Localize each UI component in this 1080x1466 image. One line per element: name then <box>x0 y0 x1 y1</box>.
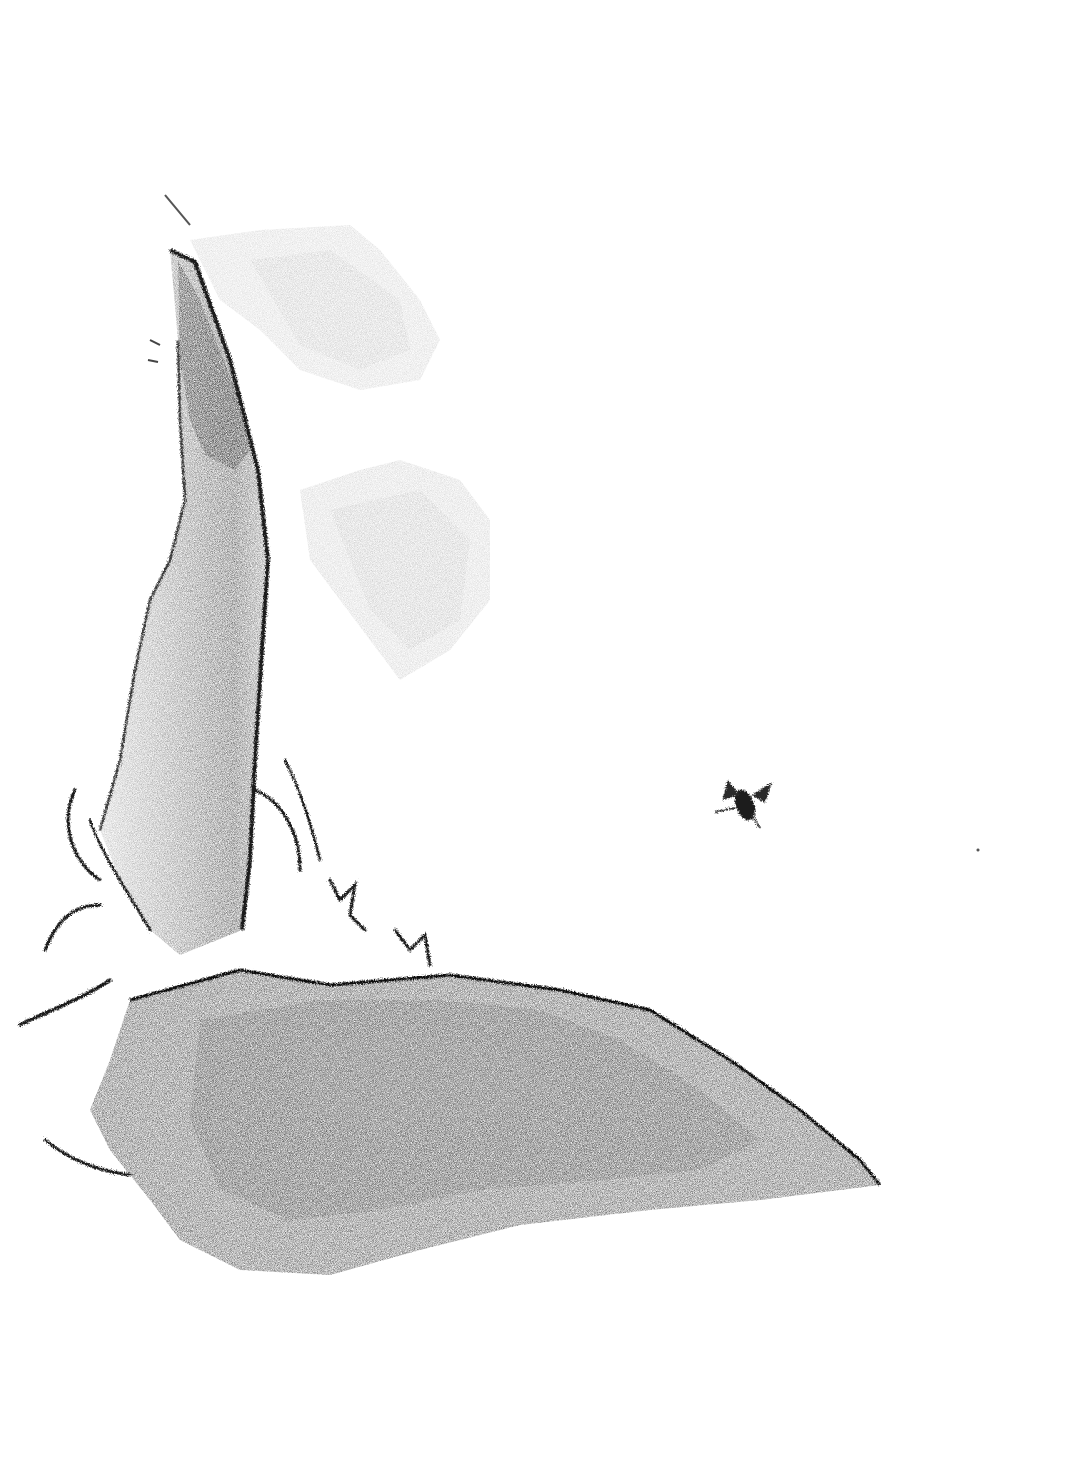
stray-dot <box>977 849 980 852</box>
sketch-canvas <box>0 0 1080 1466</box>
